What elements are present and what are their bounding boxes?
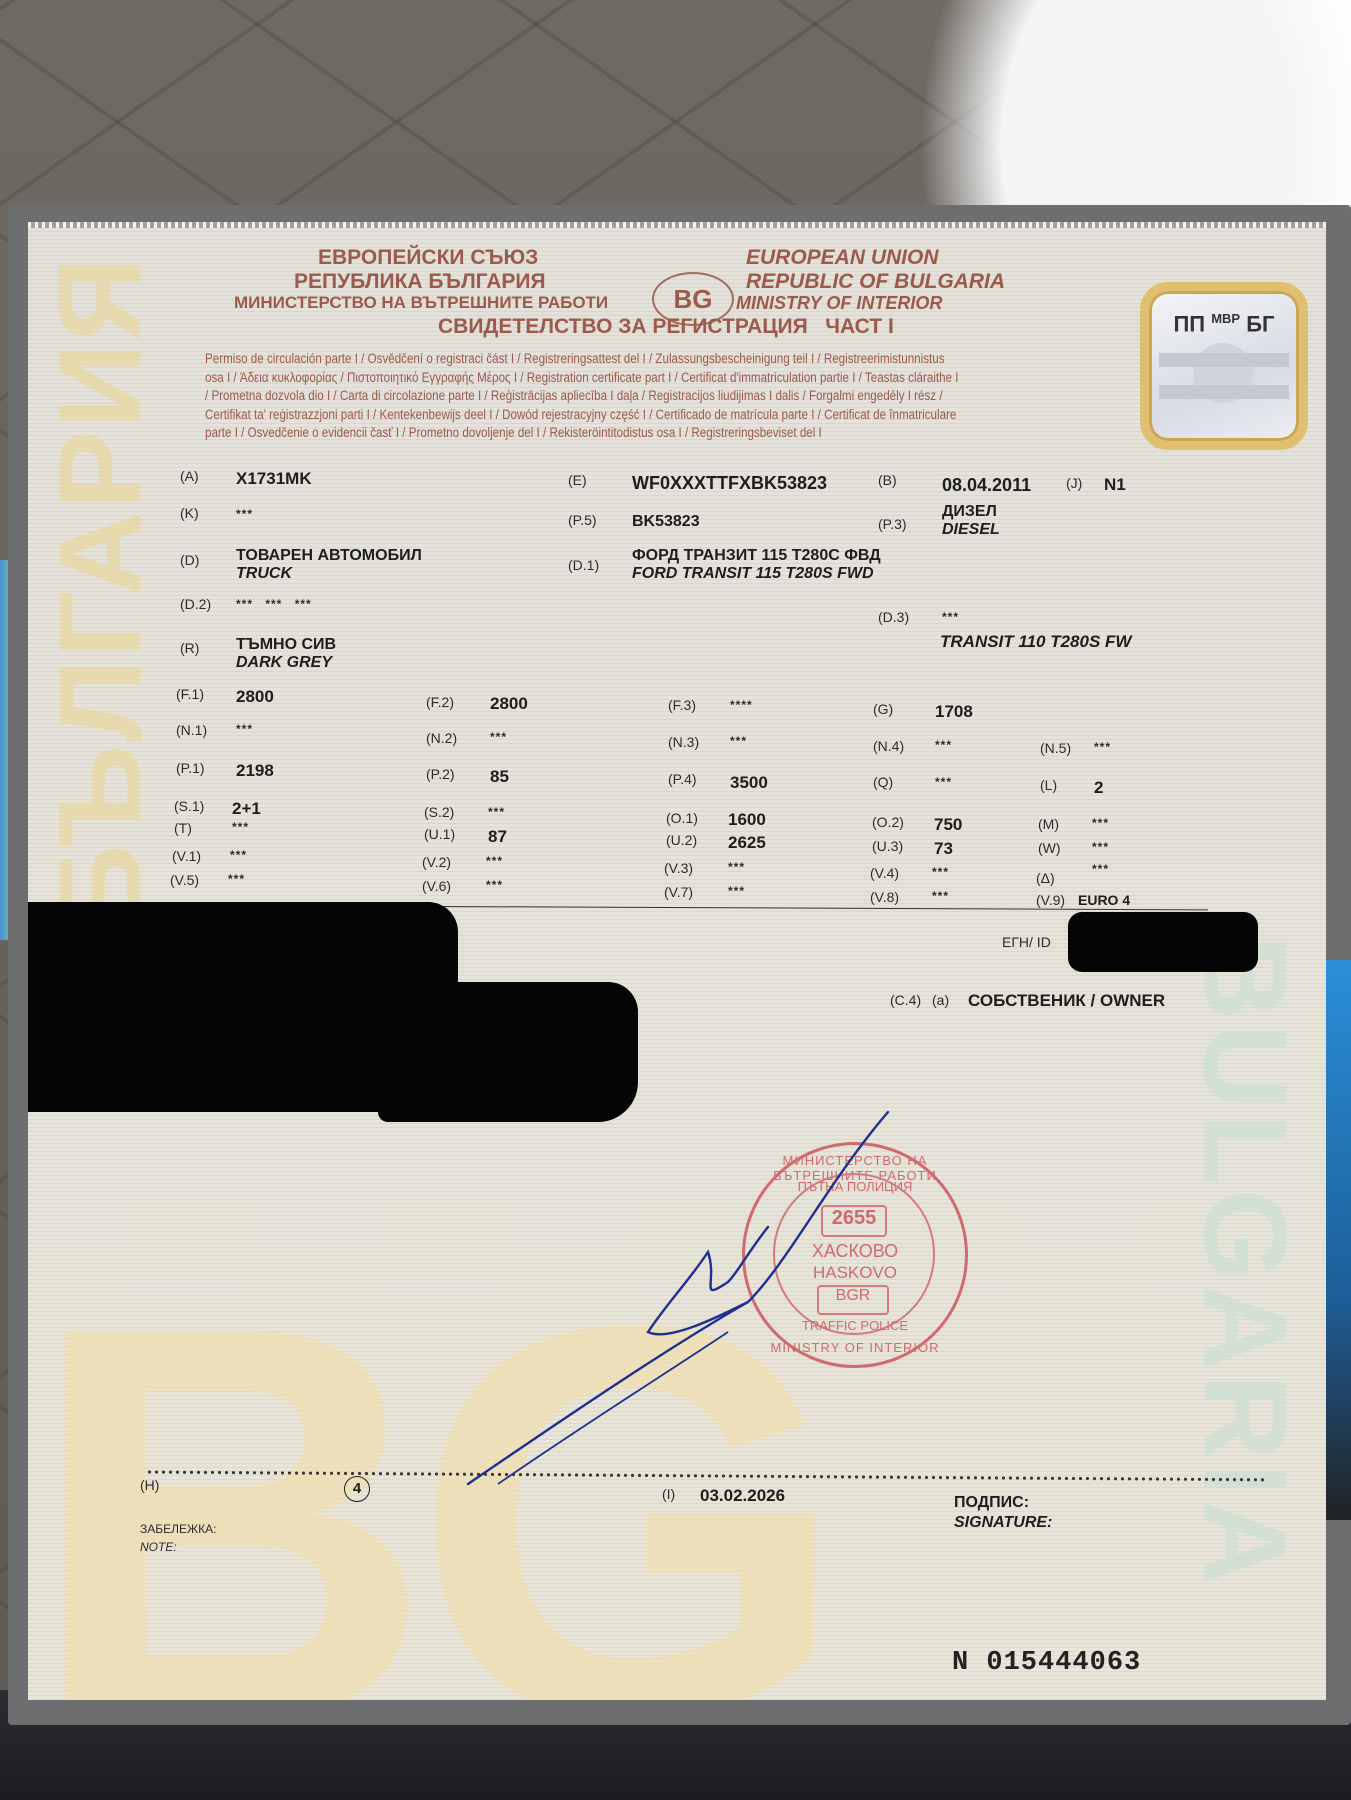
note-label-en: NOTE: <box>140 1540 177 1554</box>
stamp-arc-bottom: MINISTRY OF INTERIOR <box>745 1340 965 1355</box>
label-w: (W) <box>1038 840 1061 856</box>
label-l: (L) <box>1040 777 1057 793</box>
label-n3: (N.3) <box>668 734 699 750</box>
label-m: (M) <box>1038 816 1059 832</box>
label-n1: (N.1) <box>176 722 207 738</box>
label-p1: (P.1) <box>176 760 205 776</box>
label-p5: (P.5) <box>568 512 597 528</box>
stamp-city-bg: ХАСКОВО <box>745 1241 965 1262</box>
stamp-number: 2655 <box>821 1205 887 1237</box>
label-v7: (V.7) <box>664 884 693 900</box>
label-v9: (V.9) <box>1036 892 1065 908</box>
stamp-city-en: HASKOVO <box>745 1263 965 1283</box>
label-r: (R) <box>180 640 199 656</box>
value-n1: *** <box>236 722 253 736</box>
color-en: DARK GREY <box>236 654 332 672</box>
value-v3: *** <box>728 860 745 874</box>
label-f3: (F.3) <box>668 697 696 713</box>
value-n3: *** <box>730 734 747 748</box>
owner-id-label: ЕГН/ ID <box>1002 934 1051 950</box>
hologram-stripe <box>1159 353 1289 367</box>
emission-class: EURO 4 <box>1078 892 1130 908</box>
label-v8: (V.8) <box>870 889 899 905</box>
first-registration-date: 08.04.2011 <box>942 475 1031 496</box>
label-e: (E) <box>568 472 587 488</box>
label-s1: (S.1) <box>174 798 204 814</box>
label-u3: (U.3) <box>872 838 903 854</box>
value-w: *** <box>1092 840 1109 854</box>
value-s2: *** <box>488 805 505 819</box>
label-k: (K) <box>180 505 199 521</box>
value-v8: *** <box>932 889 949 903</box>
vehicle-type-bg: ТОВАРЕН АВТОМОБИЛ <box>236 547 422 565</box>
label-n2: (N.2) <box>426 730 457 746</box>
vin-number: WF0XXXTTFXBK53823 <box>632 473 827 494</box>
perforated-edge <box>28 222 1326 228</box>
seats: 2+1 <box>232 799 261 819</box>
label-u2: (U.2) <box>666 832 697 848</box>
value-m: *** <box>1092 816 1109 830</box>
engine-rpm: 3500 <box>730 773 768 793</box>
fuel-en: DIESEL <box>942 521 1000 539</box>
label-c4-a: (a) <box>932 992 949 1008</box>
label-s2: (S.2) <box>424 804 454 820</box>
value-k: *** <box>236 507 253 521</box>
max-mass: 2800 <box>236 687 274 707</box>
label-v2: (V.2) <box>422 854 451 870</box>
serial-number: N 015444063 <box>952 1648 1141 1678</box>
owner-status: СОБСТВЕНИК / OWNER <box>968 991 1165 1011</box>
drive-by-noise: 73 <box>934 839 953 859</box>
unbraked-trailer-mass: 750 <box>934 815 962 835</box>
translations-block: Permiso de circulación parte I / Osvědče… <box>205 350 962 443</box>
watermark-right-text: BULGARIA <box>1176 935 1312 1590</box>
value-v4: *** <box>932 865 949 879</box>
header-eu-bg: ЕВРОПЕЙСКИ СЪЮЗ <box>318 246 538 270</box>
label-p3: (P.3) <box>878 516 907 532</box>
value-d3: *** <box>942 610 959 624</box>
label-v4: (V.4) <box>870 865 899 881</box>
certificate-title: СВИДЕТЕЛСТВО ЗА РЕГИСТРАЦИЯ ЧАСТ I <box>438 315 894 339</box>
police-stamp: МИНИСТЕРСТВО НА ВЪТРЕШНИТЕ РАБОТИ ПЪТНА … <box>742 1142 968 1368</box>
value-n4: *** <box>935 738 952 752</box>
redaction-owner-address <box>378 982 638 1122</box>
label-q: (Q) <box>873 774 893 790</box>
hologram-seal: ПП МВР БГ <box>1140 282 1308 450</box>
label-v5: (V.5) <box>170 872 199 888</box>
fuel-bg: ДИЗЕЛ <box>942 503 997 521</box>
header-ministry-bg: МИНИСТЕРСТВО НА ВЪТРЕШНИТЕ РАБОТИ <box>234 293 608 313</box>
service-mass: 1708 <box>935 702 973 722</box>
label-d2: (D.2) <box>180 596 211 612</box>
label-d3: (D.3) <box>878 609 909 625</box>
value-v7: *** <box>728 884 745 898</box>
label-c4: (C.4) <box>890 992 921 1008</box>
commercial-name: TRANSIT 110 T280S FW <box>940 632 1131 652</box>
stationary-noise: 87 <box>488 827 507 847</box>
label-f1: (F.1) <box>176 686 204 702</box>
value-v5: *** <box>228 872 245 886</box>
make-model-bg: ФОРД ТРАНЗИТ 115 Т280С ФВД <box>632 547 881 565</box>
label-u1: (U.1) <box>424 826 455 842</box>
label-o2: (O.2) <box>872 814 904 830</box>
watermark-left-text: БЪЛГАРИЯ <box>32 255 168 930</box>
vehicle-type-en: TRUCK <box>236 565 292 583</box>
watermark-left: БЪЛГАРИЯ <box>40 262 160 922</box>
label-g: (G) <box>873 701 893 717</box>
braked-trailer-mass: 1600 <box>728 810 766 830</box>
label-p2: (P.2) <box>426 766 455 782</box>
value-v1: *** <box>230 848 247 862</box>
redaction-owner-id <box>1068 912 1258 972</box>
value-n5: *** <box>1094 740 1111 754</box>
noise-rpm: 2625 <box>728 833 766 853</box>
engine-power: 85 <box>490 767 509 787</box>
label-t: (T) <box>174 820 192 836</box>
label-v6: (V.6) <box>422 878 451 894</box>
value-d2: *** *** *** <box>236 597 312 611</box>
header-republic-bg: РЕПУБЛИКА БЪЛГАРИЯ <box>294 270 546 294</box>
certificate-issue-date: 03.02.2026 <box>700 1486 785 1506</box>
hologram-text: ПП МВР БГ <box>1149 311 1299 337</box>
value-n2: *** <box>490 730 507 744</box>
label-v3: (V.3) <box>664 860 693 876</box>
value-f3: **** <box>730 698 753 712</box>
make-model-en: FORD TRANSIT 115 T280S FWD <box>632 565 874 583</box>
color-bg: ТЪМНО СИВ <box>236 636 336 654</box>
label-i: (I) <box>662 1486 675 1502</box>
label-f2: (F.2) <box>426 694 454 710</box>
label-delta: (Δ) <box>1036 870 1055 886</box>
label-b: (B) <box>878 472 897 488</box>
engine-number: BK53823 <box>632 513 700 531</box>
hologram-stripe <box>1159 385 1289 399</box>
label-v1: (V.1) <box>172 848 201 864</box>
stamp-country: BGR <box>817 1285 889 1315</box>
value-q: *** <box>935 775 952 789</box>
engine-capacity: 2198 <box>236 761 274 781</box>
max-permissible-mass: 2800 <box>490 694 528 714</box>
signature-label-en: SIGNATURE: <box>954 1514 1052 1532</box>
label-p4: (P.4) <box>668 771 697 787</box>
label-o1: (O.1) <box>666 810 698 826</box>
circled-number: 4 <box>344 1476 370 1502</box>
value-v6: *** <box>486 878 503 892</box>
label-d: (D) <box>180 552 199 568</box>
vehicle-category: N1 <box>1104 475 1126 495</box>
label-n4: (N.4) <box>873 738 904 754</box>
note-label-bg: ЗАБЕЛЕЖКА: <box>140 1522 216 1536</box>
value-t: *** <box>232 820 249 834</box>
stamp-band-bottom: TRAFFIC POLICE <box>745 1318 965 1333</box>
value-v2: *** <box>486 854 503 868</box>
label-h: (H) <box>140 1477 159 1493</box>
axle-count: 2 <box>1094 778 1103 798</box>
label-a: (A) <box>180 468 199 484</box>
header-republic-en: REPUBLIC OF BULGARIA <box>746 270 1005 294</box>
registration-certificate: БЪЛГАРИЯ BULGARIA BG ЕВРОПЕЙСКИ СЪЮЗ РЕП… <box>28 222 1326 1700</box>
signature-label-bg: ПОДПИС: <box>954 1494 1029 1512</box>
label-n5: (N.5) <box>1040 740 1071 756</box>
label-d1: (D.1) <box>568 557 599 573</box>
registration-number: X1731MK <box>236 469 312 489</box>
label-j: (J) <box>1066 475 1082 491</box>
value-delta: *** <box>1092 862 1109 876</box>
header-eu-en: EUROPEAN UNION <box>746 246 939 270</box>
header-ministry-en: MINISTRY OF INTERIOR <box>736 293 942 314</box>
